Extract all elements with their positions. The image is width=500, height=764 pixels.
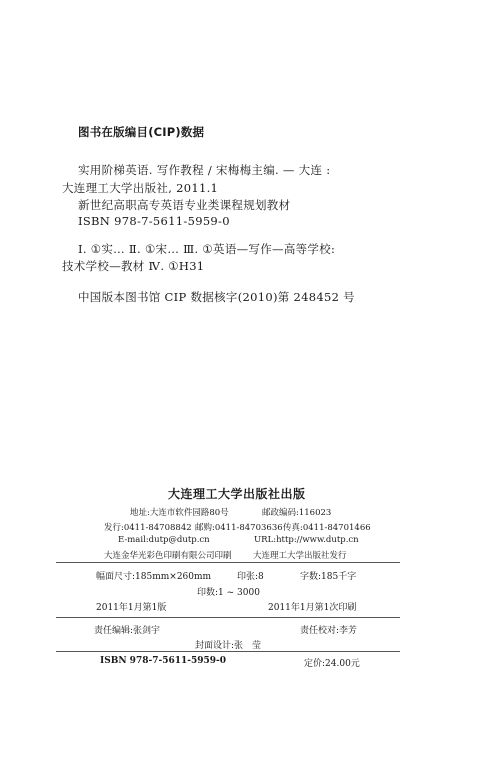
printer-name: 大连金华光彩色印刷有限公司印刷 bbox=[104, 549, 232, 561]
publisher-fax: 传真:0411-84701466 bbox=[283, 521, 371, 533]
publisher-postcode: 邮政编码:116023 bbox=[262, 506, 331, 518]
distributor-name: 大连理工大学出版社发行 bbox=[253, 549, 347, 561]
publisher-name: 大连理工大学出版社出版 bbox=[168, 485, 306, 502]
cip-record-number: 中国版本图书馆 CIP 数据核字(2010)第 248452 号 bbox=[78, 289, 355, 305]
format-size: 幅面尺寸:185mm×260mm bbox=[96, 569, 211, 582]
responsible-proofreader: 责任校对:李芳 bbox=[300, 623, 357, 636]
cip-isbn: ISBN 978-7-5611-5959-0 bbox=[78, 214, 230, 228]
publisher-mail-order-phone: 邮购:0411-84703636 bbox=[195, 521, 283, 533]
responsible-editor: 责任编辑:张剑宇 bbox=[94, 623, 160, 636]
divider-bottom bbox=[56, 651, 400, 652]
cip-entry-line2: 大连理工大学出版社, 2011.1 bbox=[62, 180, 218, 196]
print-run: 印数:1 ~ 3000 bbox=[197, 585, 260, 598]
divider-middle bbox=[56, 617, 400, 618]
cip-subject-line2: 技术学校—教材 Ⅳ. ①H31 bbox=[62, 258, 204, 274]
footer-isbn: ISBN 978-7-5611-5959-0 bbox=[100, 656, 226, 666]
publisher-address: 地址:大连市软件园路80号 bbox=[130, 506, 229, 518]
cip-heading: 图书在版编目(CIP)数据 bbox=[78, 124, 204, 140]
cip-series: 新世纪高职高专英语专业类课程规划教材 bbox=[78, 197, 290, 213]
cip-entry-line1: 实用阶梯英语. 写作教程 / 宋梅梅主编. — 大连 : bbox=[78, 162, 330, 178]
publisher-email: E-mail:dutp@dutp.cn bbox=[118, 535, 210, 545]
word-count: 字数:185千字 bbox=[300, 569, 356, 582]
divider-top bbox=[56, 562, 400, 563]
edition: 2011年1月第1版 bbox=[96, 600, 166, 613]
cover-designer: 封面设计:张 莹 bbox=[195, 638, 261, 651]
printing: 2011年1月第1次印刷 bbox=[268, 600, 356, 613]
print-sheets: 印张:8 bbox=[237, 569, 264, 582]
publisher-url: URL:http://www.dutp.cn bbox=[254, 535, 359, 545]
price: 定价:24.00元 bbox=[304, 656, 360, 669]
publisher-distribution-phone: 发行:0411-84708842 bbox=[104, 521, 192, 533]
cip-subject-line1: Ⅰ. ①实… Ⅱ. ①宋… Ⅲ. ①英语—写作—高等学校: bbox=[78, 241, 335, 257]
